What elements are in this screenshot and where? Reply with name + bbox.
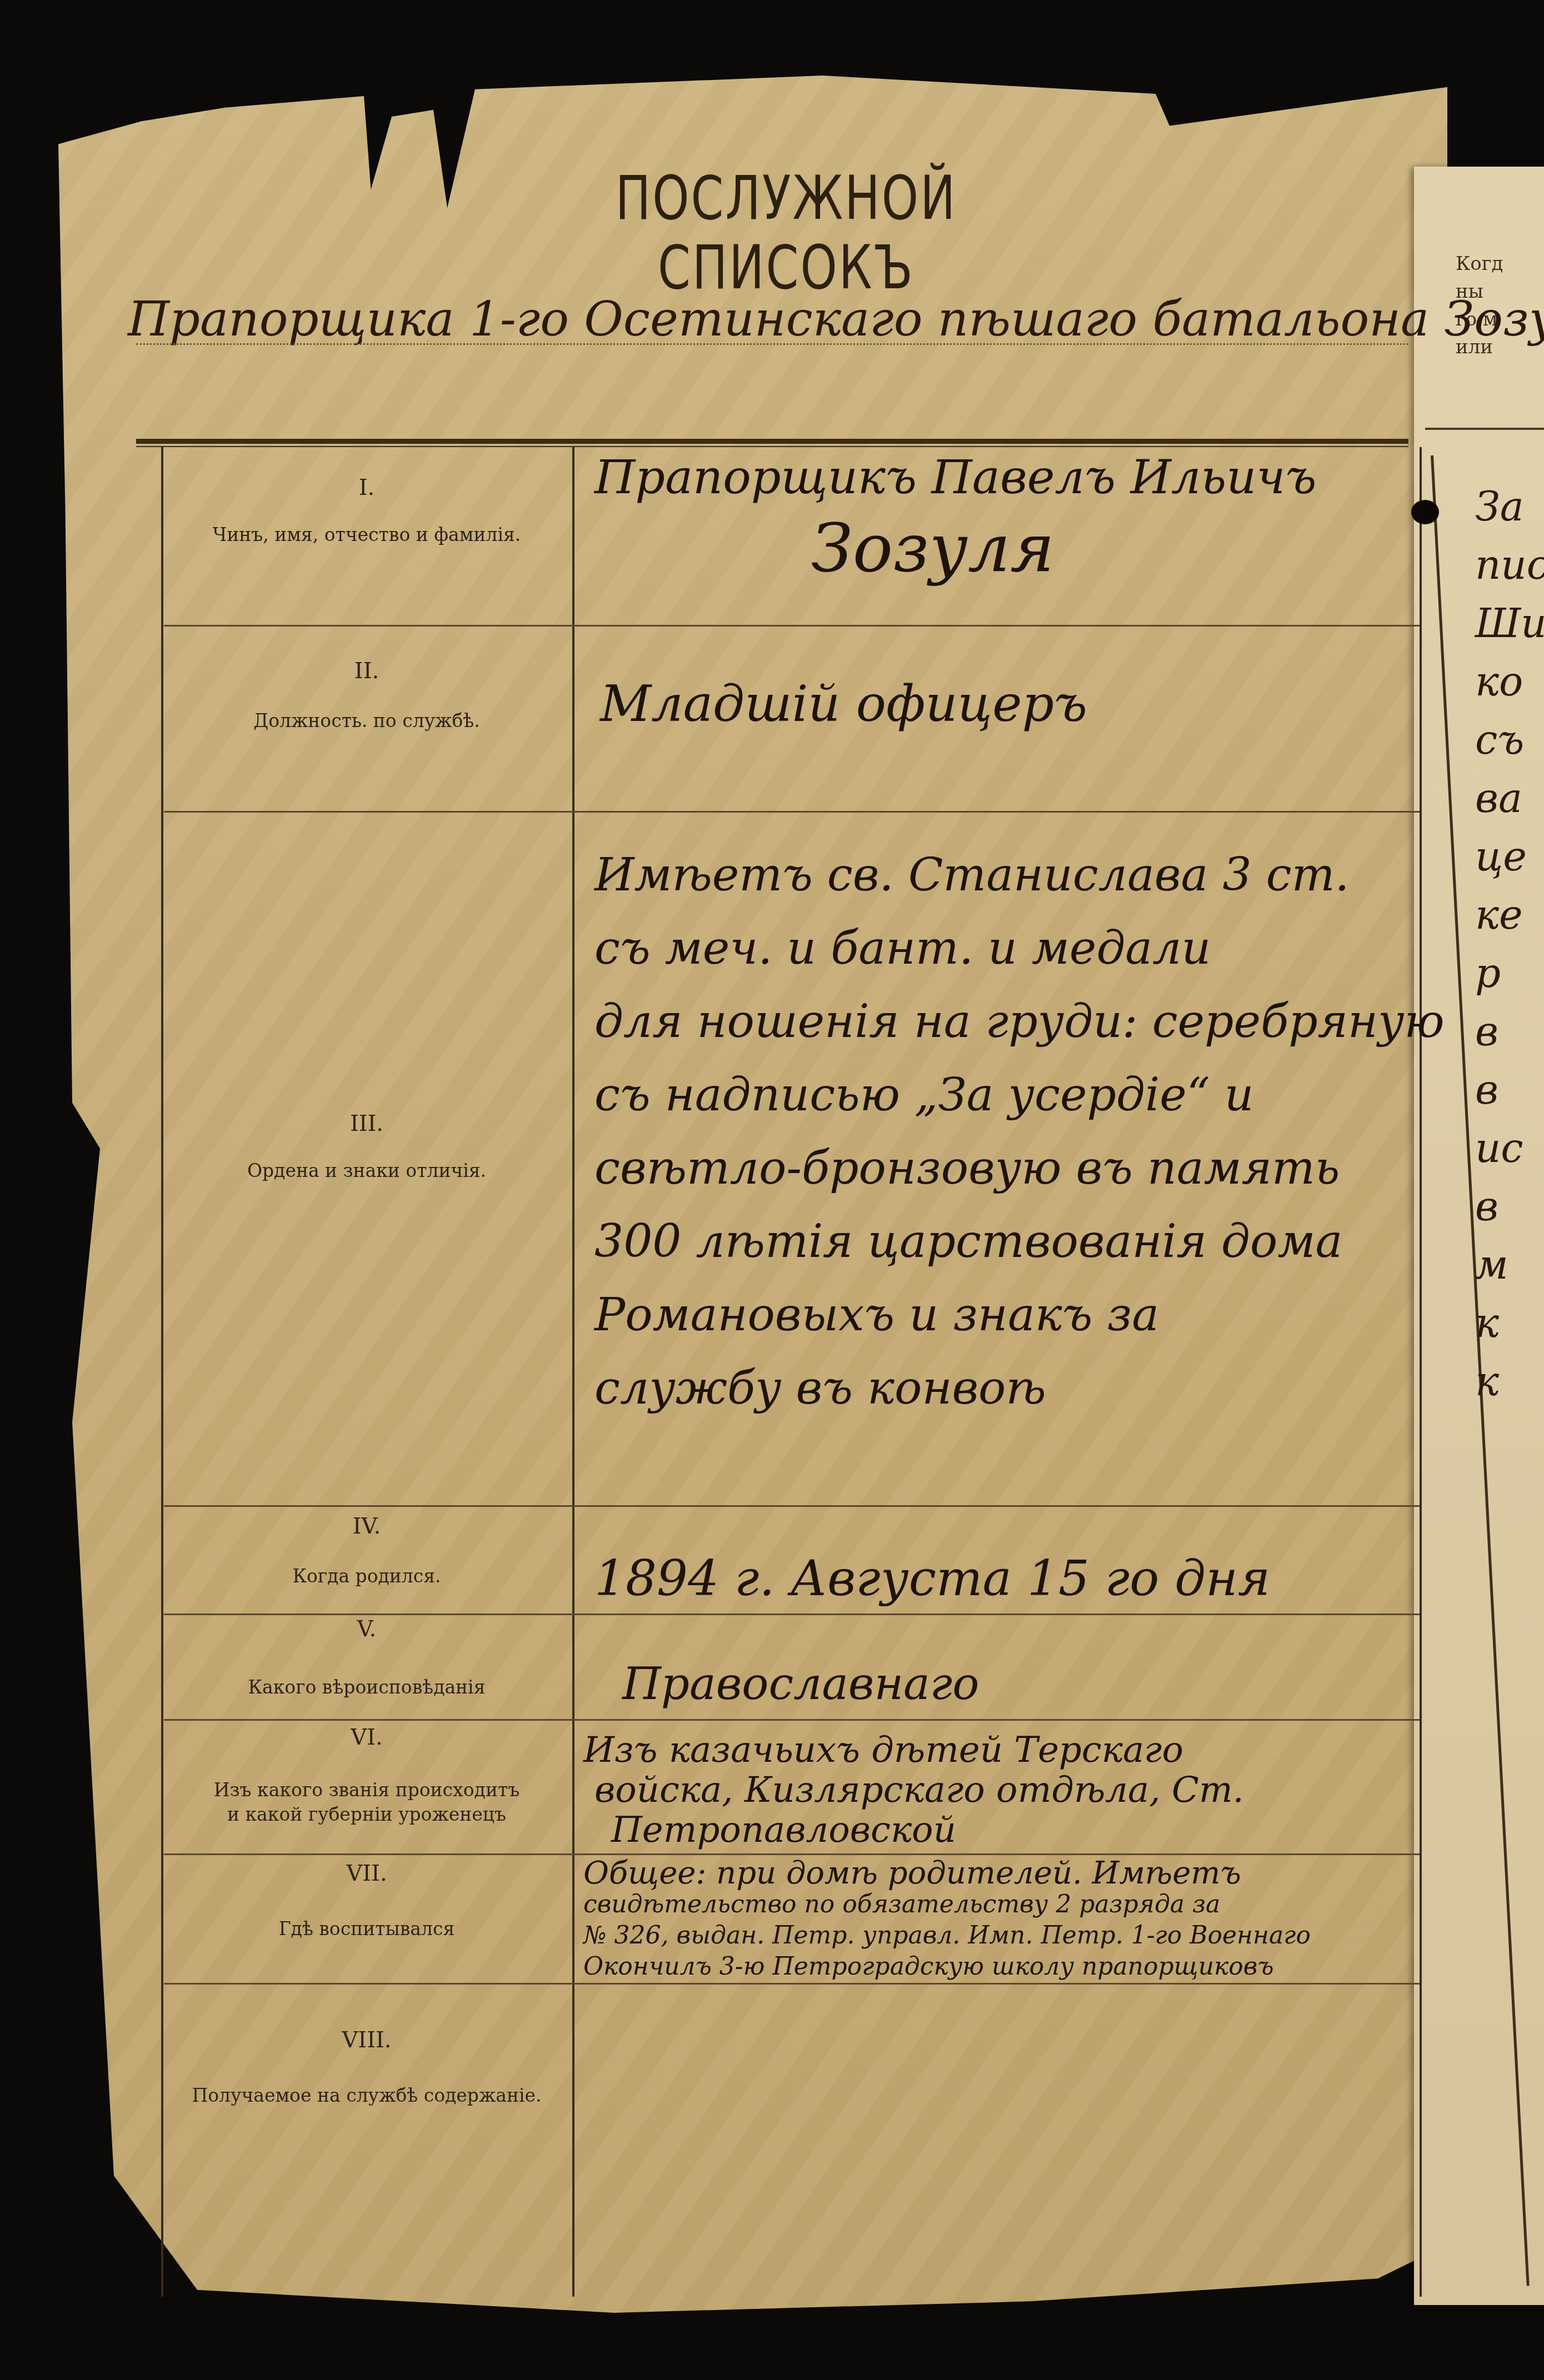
row-label-text: Какого вѣроисповѣданія bbox=[161, 1675, 572, 1700]
printed-fragment: Когд bbox=[1456, 253, 1503, 275]
subtitle-dotted-rule bbox=[136, 343, 1408, 345]
row-label-text: Ордена и знаки отличія. bbox=[161, 1159, 572, 1183]
row-label-text: Получаемое на службѣ содержаніе. bbox=[161, 2083, 572, 2108]
row-number: IV. bbox=[161, 1514, 572, 1539]
row-6-value: Изъ казачьихъ дѣтей Терскаго войска, Киз… bbox=[578, 1730, 1450, 1850]
row-label-text: Должность. по службѣ. bbox=[161, 709, 572, 733]
hand-fragment: м bbox=[1475, 1241, 1508, 1288]
value-line: Окончилъ 3-ю Петроградскую школу прапорщ… bbox=[583, 1951, 1450, 1982]
row-3-label: III. Ордена и знаки отличія. bbox=[161, 1111, 572, 1183]
row-number: II. bbox=[161, 658, 572, 684]
value-line: Общее: при домѣ родителей. Имѣетъ bbox=[583, 1858, 1450, 1889]
value-line: Младшій офицеръ bbox=[578, 675, 1445, 733]
row-4-label: IV. Когда родился. bbox=[161, 1514, 572, 1589]
value-line: № 326, выдан. Петр. управл. Имп. Петр. 1… bbox=[583, 1920, 1450, 1951]
document-subtitle: Прапорщика 1-го Осетинскаго пѣшаго батал… bbox=[128, 292, 1422, 347]
value-line: Романовыхъ и знакъ за bbox=[594, 1279, 1461, 1352]
hand-fragment: в bbox=[1475, 1008, 1498, 1055]
row-separator bbox=[164, 1719, 1420, 1721]
row-separator bbox=[164, 625, 1420, 627]
row-separator bbox=[164, 1614, 1420, 1615]
row-4-value: 1894 г. Августа 15 го дня bbox=[578, 1550, 1445, 1607]
row-1-label: I. Чинъ, имя, отчество и фамилія. bbox=[161, 475, 572, 547]
value-line: Прапорщикъ Павелъ Ильичъ bbox=[578, 450, 1445, 504]
row-label-text: Чинъ, имя, отчество и фамилія. bbox=[161, 523, 572, 547]
value-line: 300 лѣтія царствованія дома bbox=[594, 1205, 1461, 1279]
hand-fragment: к bbox=[1475, 1300, 1499, 1346]
row-7-label: VII. Гдѣ воспитывался bbox=[161, 1861, 572, 1941]
document-title: ПОСЛУЖНОЙ СПИСОКЪ bbox=[496, 164, 1076, 303]
hand-fragment: Ши bbox=[1475, 600, 1544, 647]
row-label-text: Когда родился. bbox=[161, 1564, 572, 1589]
row-5-label: V. Какого вѣроисповѣданія bbox=[161, 1616, 572, 1700]
value-line: для ношенія на груди: серебряную bbox=[594, 985, 1461, 1059]
row-label-text: и какой губерніи уроженецъ bbox=[161, 1802, 572, 1827]
value-line: Православнаго bbox=[578, 1658, 1445, 1710]
row-1-value: Прапорщикъ Павелъ Ильичъ Зозуля bbox=[578, 450, 1445, 587]
hand-fragment: ке bbox=[1475, 891, 1523, 938]
table-top-rule-thin bbox=[136, 446, 1408, 447]
row-label-text: Изъ какого званія происходитъ bbox=[161, 1778, 572, 1802]
hand-fragment: пис bbox=[1475, 542, 1544, 588]
hand-fragment: це bbox=[1475, 833, 1527, 880]
row-8-label: VIII. Получаемое на службѣ содержаніе. bbox=[161, 2027, 572, 2108]
value-line: Имѣетъ св. Станислава 3 ст. bbox=[594, 839, 1461, 912]
hand-fragment: ва bbox=[1475, 775, 1522, 821]
row-separator bbox=[164, 811, 1420, 813]
hand-fragment: ис bbox=[1475, 1125, 1523, 1171]
adjacent-page-handwriting: За пис Ши ко съ ва це ке р в в ис в м к … bbox=[1475, 478, 1544, 1411]
hand-fragment: ко bbox=[1475, 658, 1523, 705]
value-line: Петропавловской bbox=[583, 1810, 1450, 1850]
hand-fragment: За bbox=[1475, 483, 1524, 530]
row-6-label: VI. Изъ какого званія происходитъ и како… bbox=[161, 1725, 572, 1827]
row-number: VII. bbox=[161, 1861, 572, 1886]
row-2-label: II. Должность. по службѣ. bbox=[161, 658, 572, 733]
row-number: VIII. bbox=[161, 2027, 572, 2053]
value-line: Изъ казачьихъ дѣтей Терскаго bbox=[583, 1730, 1450, 1770]
hand-fragment: к bbox=[1475, 1358, 1499, 1405]
adjacent-page-rule bbox=[1425, 428, 1544, 430]
row-number: V. bbox=[161, 1616, 572, 1642]
row-number: I. bbox=[161, 475, 572, 500]
table-top-rule bbox=[136, 439, 1408, 444]
row-5-value: Православнаго bbox=[578, 1658, 1445, 1710]
row-number: VI. bbox=[161, 1725, 572, 1750]
hand-fragment: р bbox=[1475, 950, 1501, 996]
row-separator bbox=[164, 1983, 1420, 1985]
value-line: съ меч. и бант. и медали bbox=[594, 912, 1461, 985]
table-column-divider bbox=[572, 447, 574, 2297]
row-7-value: Общее: при домѣ родителей. Имѣетъ свидѣт… bbox=[578, 1858, 1450, 1982]
value-line: свѣтло-бронзовую въ память bbox=[594, 1132, 1461, 1205]
punch-hole bbox=[1411, 500, 1439, 524]
hand-fragment: в bbox=[1475, 1183, 1498, 1230]
row-separator bbox=[164, 1505, 1420, 1507]
value-line-surname: Зозуля bbox=[578, 510, 1445, 587]
row-2-value: Младшій офицеръ bbox=[578, 675, 1445, 733]
hand-fragment: в bbox=[1475, 1066, 1498, 1113]
row-label-text: Гдѣ воспитывался bbox=[161, 1917, 572, 1941]
hand-fragment: съ bbox=[1475, 716, 1524, 763]
value-line: службу въ конвоѣ bbox=[594, 1352, 1461, 1425]
row-3-value: Имѣетъ св. Станислава 3 ст. съ меч. и ба… bbox=[578, 839, 1461, 1425]
value-line: свидѣтельство по обязательству 2 разряда… bbox=[583, 1889, 1450, 1920]
value-line: съ надписью „За усердіе“ и bbox=[594, 1059, 1461, 1132]
value-line: войска, Кизлярскаго отдѣла, Ст. bbox=[583, 1770, 1450, 1810]
row-number: III. bbox=[161, 1111, 572, 1136]
value-line: 1894 г. Августа 15 го дня bbox=[578, 1550, 1445, 1607]
